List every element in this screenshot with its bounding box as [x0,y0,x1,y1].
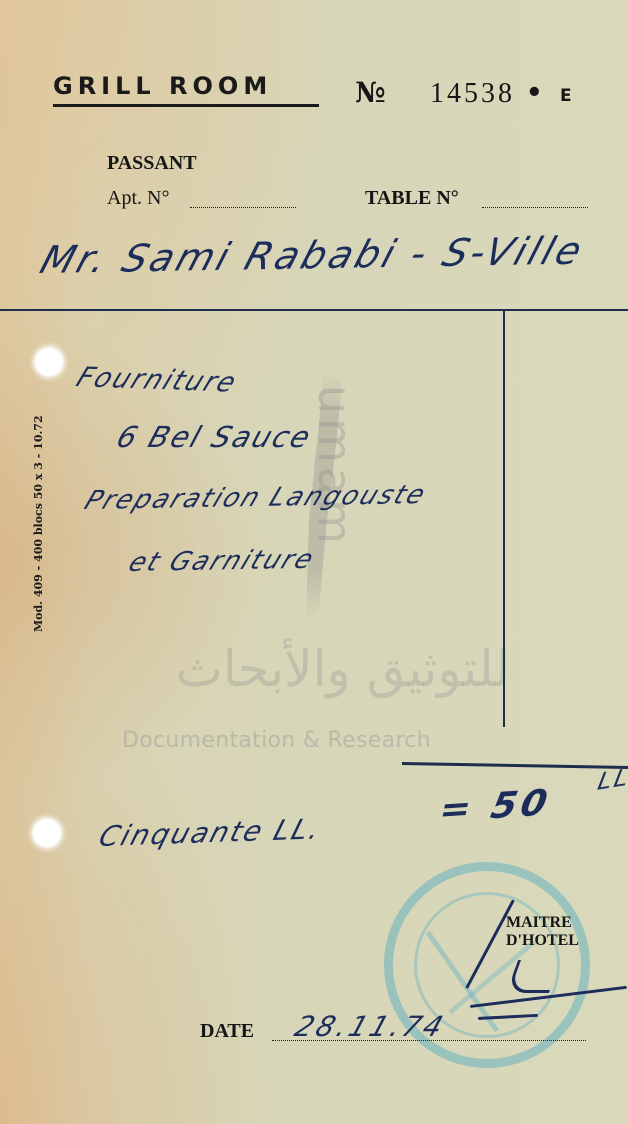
title-underline [53,104,319,107]
line-item: Preparation Langouste [80,480,431,516]
total-divider [402,762,628,769]
punch-hole [32,818,62,848]
number-sign: № [355,76,385,109]
watermark-arabic-text: للتوثيق والأبحاث [120,640,510,698]
apt-number-field [190,193,296,208]
total-in-words: Cinquante LL. [95,812,326,853]
apt-label: Apt. N° [107,187,169,210]
ticket-dot: • [526,78,543,108]
guest-name: Mr. Sami Rababi - S-Ville [35,229,590,282]
punch-hole [34,347,64,377]
ticket-series: E [560,86,572,106]
line-item: 6 Bel Sauce [112,420,316,454]
form-title: GRILL ROOM [53,72,272,100]
date-label: DATE [200,1020,254,1043]
ticket-number: 14538 [430,78,515,110]
amount-column-divider [503,311,505,727]
watermark-logo-text: umam [308,385,362,548]
print-info: Mod. 409 - 400 blocs 50 x 3 - 10.72 [32,415,45,632]
line-item: Fourniture [72,362,243,399]
line-item: et Garniture [124,545,319,578]
header-divider [0,309,628,311]
passant-label: PASSANT [107,152,197,175]
table-number-field [482,193,588,208]
maitre-label-line1: MAITRE [506,914,579,932]
maitre-dhotel-label: MAITRE D'HOTEL [506,914,579,950]
receipt-page: umam للتوثيق والأبحاث Documentation & Re… [0,0,628,1124]
table-label: TABLE N° [365,187,459,210]
total-amount: = 50 [436,782,555,830]
maitre-label-line2: D'HOTEL [506,932,579,950]
watermark-english-text: Documentation & Research [122,728,431,753]
total-currency: LL [595,763,628,796]
date-value: 28.11.74 [291,1010,450,1043]
